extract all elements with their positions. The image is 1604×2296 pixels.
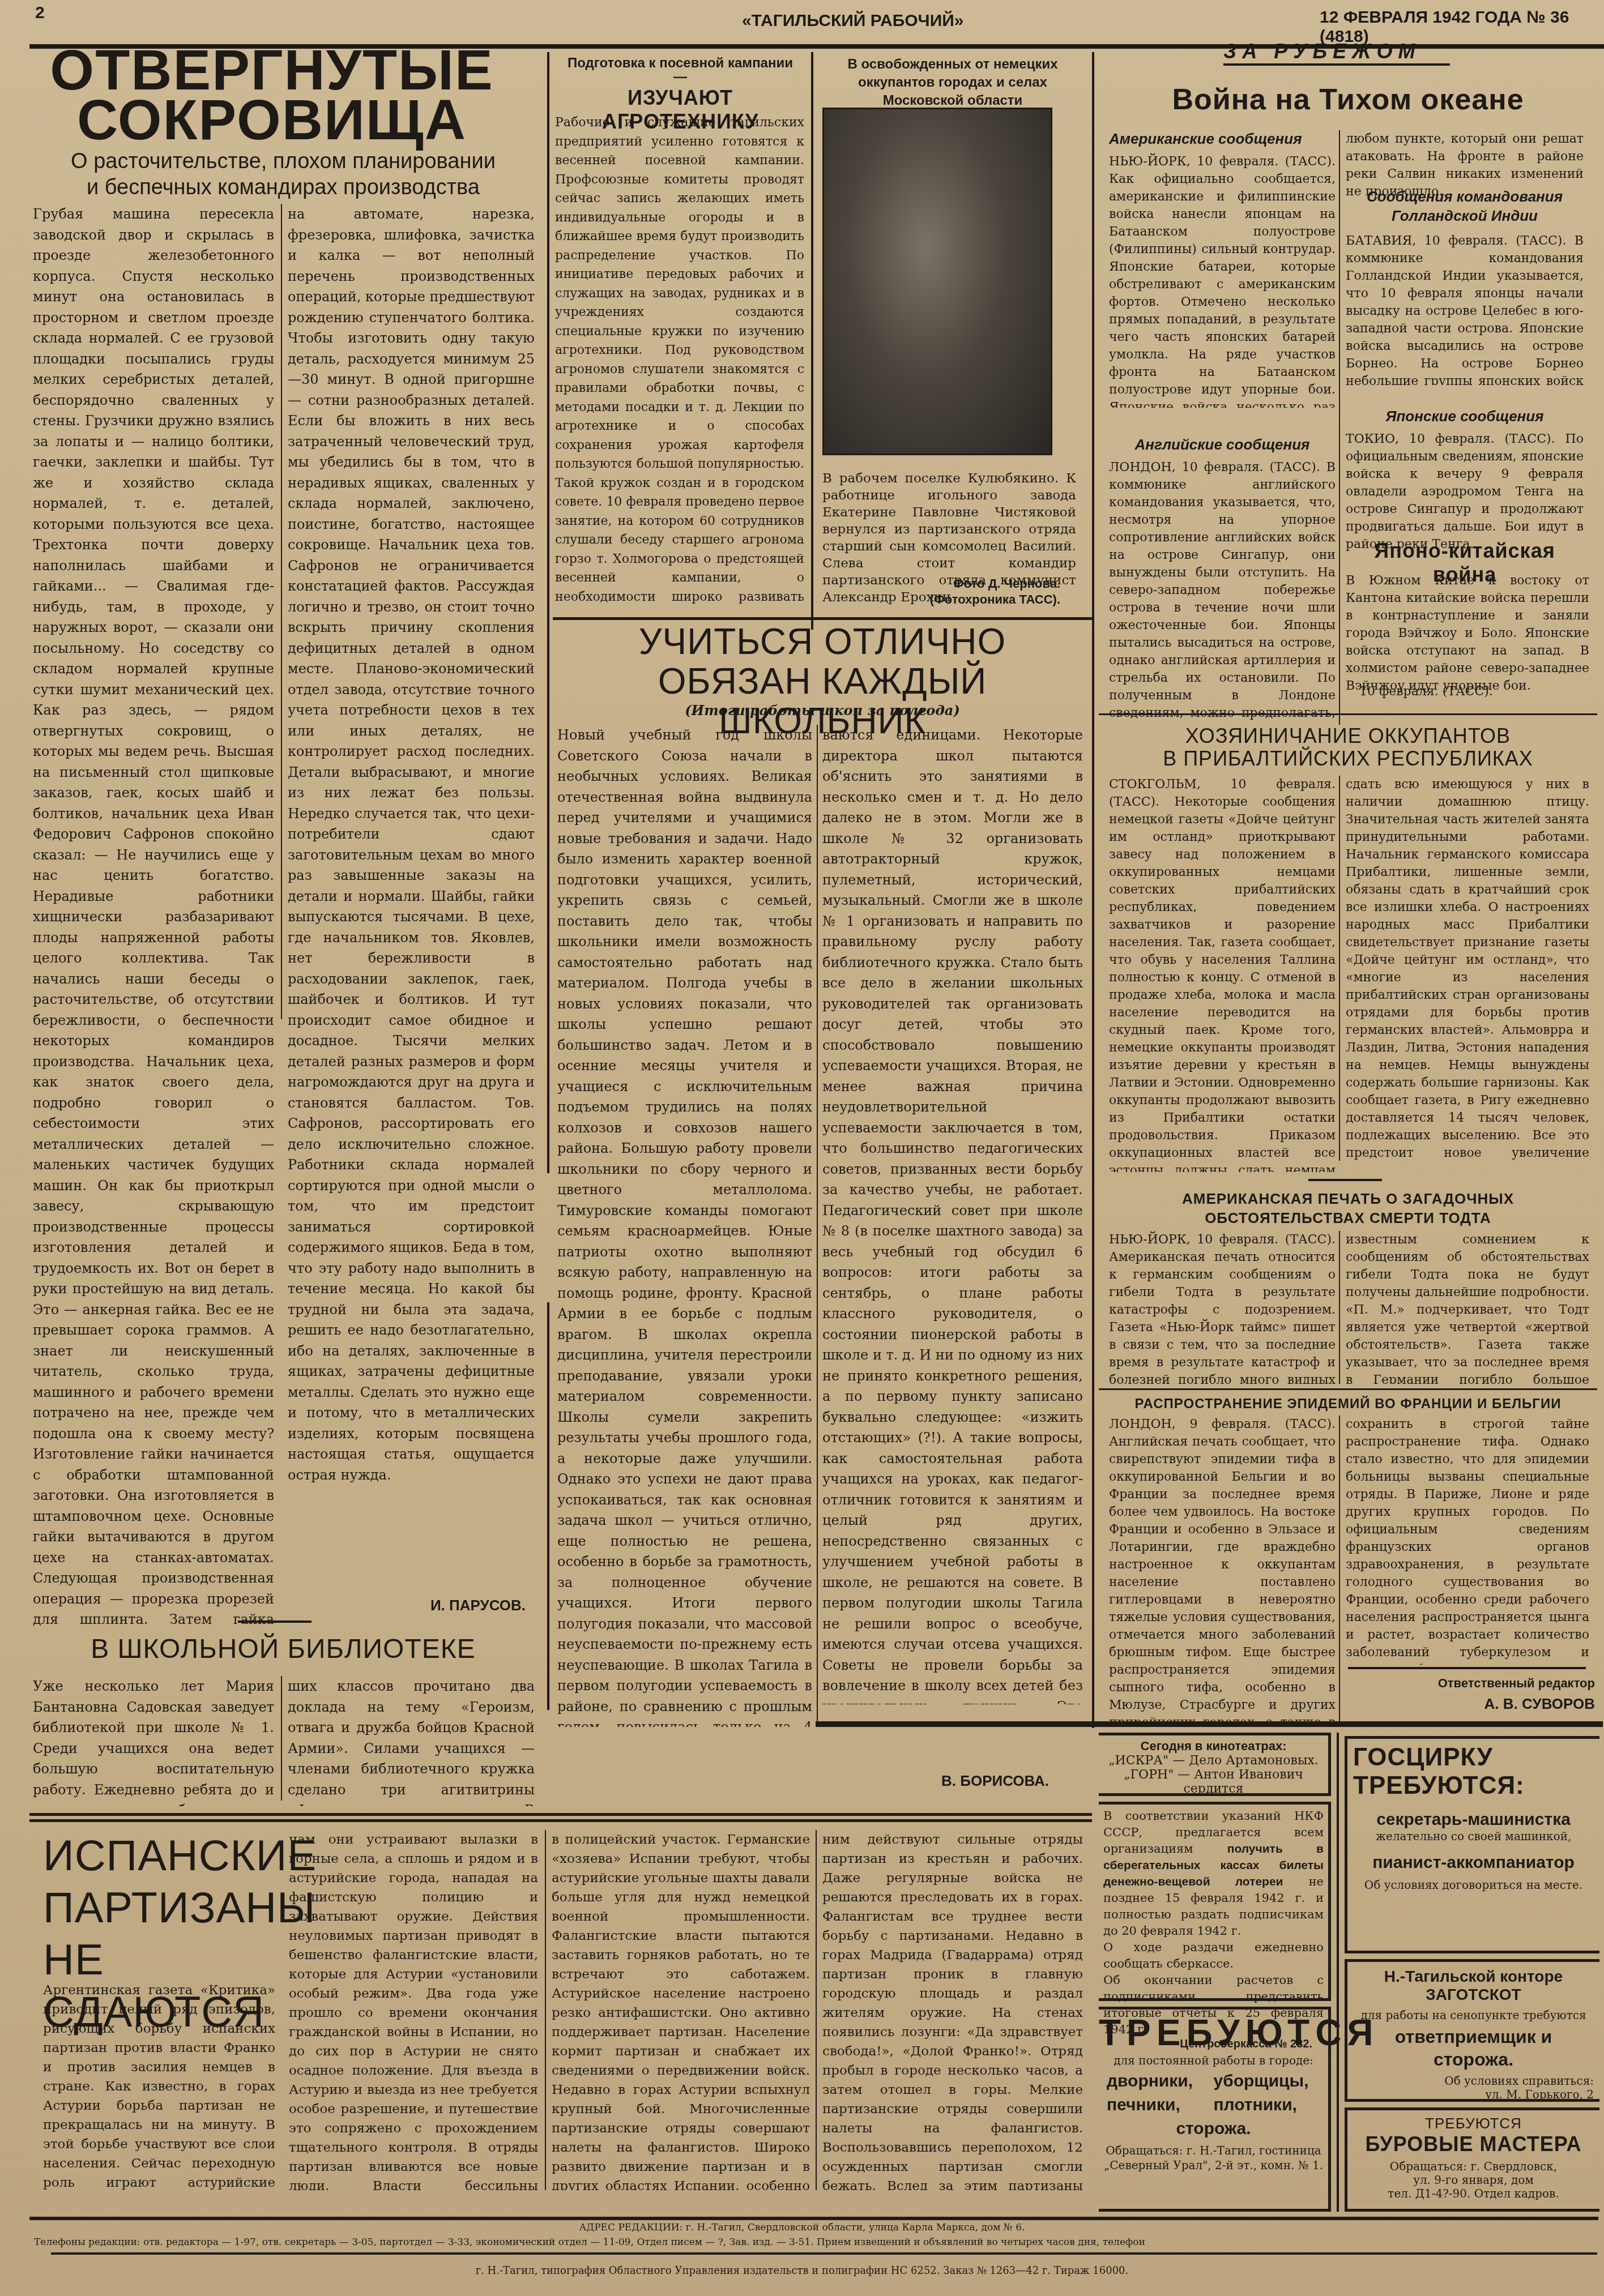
editor-label: Ответственный редактор xyxy=(1346,1676,1595,1691)
column-divider xyxy=(281,1676,282,1801)
zagotskot-note-2: ул. М. Горького, 2 xyxy=(1353,2088,1594,2101)
article-spain-col3: в полицейский участок. Германские «хозяе… xyxy=(552,1830,810,2190)
cinema-line-2: „ГОРН" — Антон Иванович сердится xyxy=(1099,1768,1328,1796)
job-item: уборщицы, xyxy=(1214,2070,1321,2093)
column-divider xyxy=(1339,1416,1340,1721)
english-text: ЛОНДОН, 10 февраля. (ТАСС). В коммюнике … xyxy=(1109,459,1336,725)
newspaper-name: «ТАГИЛЬСКИЙ РАБОЧИЙ» xyxy=(742,11,963,31)
ad-circus: ГОСЦИРКУ ТРЕБУЮТСЯ: секретарь-машинистка… xyxy=(1345,1736,1599,1953)
article-school-subtitle: (Итоги работы школ за полгода) xyxy=(553,702,1092,719)
dutch-heading: Сообщения командования Голландской Индии xyxy=(1346,187,1584,225)
agrotech-dash: — xyxy=(553,69,808,85)
agrotech-text: Рабочие и служащие тагильских предприяти… xyxy=(555,113,804,612)
article-baltic-col1: СТОКГОЛЬМ, 10 февраля. (ТАСС). Некоторые… xyxy=(1109,776,1336,1172)
separator xyxy=(1348,1667,1586,1669)
article-school-col2: ваются единицами. Некоторые директора шк… xyxy=(822,725,1083,1704)
ad-zagotskot: Н.-Тагильской конторе ЗАГОТСКОТ для рабо… xyxy=(1345,1959,1599,2102)
job-item: плотники, xyxy=(1214,2093,1321,2117)
article-baltic-col2: сдать всю имеющуюся у них в наличии дома… xyxy=(1346,776,1589,1161)
article-epidemic-title: РАСПРОСТРАНЕНИЕ ЭПИДЕМИЙ ВО ФРАНЦИИ И БЕ… xyxy=(1110,1396,1586,1412)
page-number: 2 xyxy=(35,3,45,23)
title-line-1: ОТВЕРГНУТЫЕ xyxy=(34,45,510,95)
article-library-col2: ших классов прочитано два доклада на тем… xyxy=(288,1676,535,1806)
news-photo xyxy=(822,108,1052,455)
circus-title-1: ГОСЦИРКУ xyxy=(1353,1743,1594,1772)
cinema-line-1: „ИСКРА" — Дело Артамоновых. xyxy=(1099,1754,1328,1768)
separator xyxy=(238,1621,312,1623)
article-epidemic-col2: сохранить в строгой тайне распространени… xyxy=(1346,1416,1589,1665)
article-epidemic-col1: ЛОНДОН, 9 февраля. (ТАСС). Английская пе… xyxy=(1109,1416,1336,1721)
job-item: печники, xyxy=(1107,2093,1214,2117)
section-rule xyxy=(29,1819,1092,1822)
title-line-2: ОБСТОЯТЕЛЬСТВАХ СМЕРТИ ТОДТА xyxy=(1110,1208,1586,1228)
article-library-col1: Уже несколько лет Мария Бантановна Садов… xyxy=(33,1676,274,1806)
city-jobs-list: дворники, уборщицы, печники, плотники, с… xyxy=(1099,2067,1328,2143)
column-divider xyxy=(1339,776,1340,1161)
circus-title-2: ТРЕБУЮТСЯ: xyxy=(1353,1772,1594,1800)
title-line-2: В ПРИБАЛТИЙСКИХ РЕСПУБЛИКАХ xyxy=(1110,747,1586,770)
article-school-title: УЧИТЬСЯ ОТЛИЧНО ОБЯЗАН КАЖДЫЙ ШКОЛЬНИК xyxy=(553,622,1092,741)
column-divider xyxy=(547,52,549,1173)
title-line-2: ПАРТИЗАНЫ xyxy=(43,1882,270,1934)
article-treasures-subtitle: О расточительстве, плохом планировании и… xyxy=(68,148,498,200)
section-rule xyxy=(553,617,1092,620)
japanese-text: ТОКИО, 10 февраля. (ТАСС). По официальны… xyxy=(1346,430,1584,553)
drillers-contact-3: тел. Д1-4?-90. Отдел кадров. xyxy=(1353,2187,1594,2200)
ad-drillers: ТРЕБУЮТСЯ БУРОВЫЕ МАСТЕРА Обращаться: г.… xyxy=(1345,2107,1599,2212)
china-war-signature: 10 февраля. (ТАСС). xyxy=(1359,683,1586,700)
section-rule xyxy=(29,1813,1092,1816)
circus-job-2: пианист-аккомпаниатор xyxy=(1353,1853,1594,1872)
article-baltic-title: ХОЗЯИНИЧАНИЕ ОККУПАНТОВ В ПРИБАЛТИЙСКИХ … xyxy=(1110,725,1586,770)
article-todt-col2: известным сомнением к сообщениям об обст… xyxy=(1346,1231,1589,1384)
column-divider xyxy=(816,1830,817,2190)
section-abroad-title: З А Р У Б Е Ж О М xyxy=(1223,40,1450,66)
japanese-heading: Японские сообщения xyxy=(1346,408,1584,425)
zagotskot-job: ответприемщик и сторожа. xyxy=(1353,2025,1594,2071)
section-rule xyxy=(1099,1388,1597,1390)
city-jobs-title: ТРЕБУЮТСЯ xyxy=(1099,2012,1328,2054)
ad-lottery: В соответствии указаний НКФ СССР, предла… xyxy=(1099,1802,1331,2001)
article-treasures-col1: Грубая машина пересекла заводской двор и… xyxy=(33,204,274,1636)
job-item: дворники, xyxy=(1107,2070,1214,2093)
column-divider xyxy=(1339,1231,1340,1384)
zagotskot-title: Н.-Тагильской конторе ЗАГОТСКОТ xyxy=(1353,1968,1594,2004)
drillers-kicker: ТРЕБУЮТСЯ xyxy=(1353,2115,1594,2132)
circus-job-1-note: желательно со своей машинкой, xyxy=(1353,1829,1594,1843)
article-school-col1: Новый учебный год школы Советского Союза… xyxy=(557,725,812,1727)
job-item: сторожа. xyxy=(1107,2117,1320,2141)
title-line-1: ИСПАНСКИЕ xyxy=(43,1830,270,1882)
column-divider xyxy=(281,204,282,1019)
article-spain-col1: Аргентинская газета «Критика» приводит ц… xyxy=(43,1981,275,2190)
footer-address: АДРЕС РЕДАКЦИИ: г. Н.-Тагил, Свердловско… xyxy=(0,2222,1604,2233)
ad-city-jobs: ТРЕБУЮТСЯ для постоянной работы в городе… xyxy=(1099,2007,1331,2212)
lottery-text-2: О ходе раздачи ежедневно сообщать сберка… xyxy=(1103,1939,1324,1972)
ads-divider xyxy=(1337,1733,1339,2212)
column-divider xyxy=(1092,52,1094,1728)
footer-rule xyxy=(51,2252,1597,2255)
lottery-text: В соответствии указаний НКФ СССР, предла… xyxy=(1103,1808,1324,1939)
photo-kicker: В освобожденных от немецких оккупантов г… xyxy=(822,55,1083,110)
article-library-title: В ШКОЛЬНОЙ БИБЛИОТЕКЕ xyxy=(34,1634,532,1665)
title-line-1: УЧИТЬСЯ ОТЛИЧНО xyxy=(553,622,1092,661)
section-rule xyxy=(1099,713,1597,715)
separator xyxy=(1308,1179,1382,1181)
city-jobs-subtitle: для постоянной работы в городе: xyxy=(1099,2054,1328,2067)
article-school-author: В. БОРИСОВА. xyxy=(822,1772,1049,1790)
zagotskot-note-1: Об условиях справиться: xyxy=(1353,2074,1594,2088)
zagotskot-subtitle: для работы на сенопункте требуются xyxy=(1353,2008,1594,2022)
title-line-1: АМЕРИКАНСКАЯ ПЕЧАТЬ О ЗАГАДОЧНЫХ xyxy=(1110,1189,1586,1208)
editor-name: А. В. СУВОРОВ xyxy=(1346,1695,1595,1713)
article-treasures-author: И. ПАРУСОВ. xyxy=(288,1597,526,1614)
circus-note: Об условиях договориться на месте. xyxy=(1353,1878,1594,1892)
abroad-headline: Война на Тихом океане xyxy=(1110,83,1586,117)
article-treasures-col2: на автомате, нарезка, фрезеровка, шлифов… xyxy=(288,204,535,1500)
article-treasures-title: ОТВЕРГНУТЫЕ СОКРОВИЩА xyxy=(34,45,510,145)
drillers-contact-2: ул. 9-го января, дом xyxy=(1353,2173,1594,2187)
column-divider xyxy=(817,725,818,1721)
article-todt-title: АМЕРИКАНСКАЯ ПЕЧАТЬ О ЗАГАДОЧНЫХ ОБСТОЯТ… xyxy=(1110,1189,1586,1228)
column-divider xyxy=(1339,130,1340,725)
column-divider xyxy=(811,52,813,630)
photo-credit-1: Фото Д. Чернова. xyxy=(822,576,1060,591)
dutch-text: БАТАВИЯ, 10 февраля. (ТАСС). В коммюнике… xyxy=(1346,232,1584,385)
cinema-title: Сегодня в кинотеатрах: xyxy=(1099,1739,1328,1754)
title-line-2: СОКРОВИЩА xyxy=(34,95,510,145)
footer-rule xyxy=(29,2217,1598,2220)
drillers-contact-1: Обращаться: г. Свердловск, xyxy=(1353,2160,1594,2173)
drillers-title: БУРОВЫЕ МАСТЕРА xyxy=(1353,2132,1594,2156)
circus-job-1: секретарь-машинистка xyxy=(1353,1810,1594,1829)
footer-printer: г. Н.-Тагил, типография Областного Управ… xyxy=(0,2265,1604,2277)
english-heading: Английские сообщения xyxy=(1109,436,1336,454)
article-spain-col4: ним действуют сильные отряды партизан из… xyxy=(822,1830,1083,2190)
photo-credit-2: (Фотохроника ТАСС). xyxy=(822,592,1060,607)
american-heading: Американские сообщения xyxy=(1109,130,1336,148)
article-spain-col2: чам они устраивают вылазки в горные села… xyxy=(289,1830,538,2190)
city-jobs-contact: Обращаться: г. Н.-Тагил, гостиница „Севе… xyxy=(1099,2143,1328,2173)
footer-phones: Телефоны редакции: отв. редактора — 1-97… xyxy=(34,2237,1597,2248)
title-line-1: ХОЗЯИНИЧАНИЕ ОККУПАНТОВ xyxy=(1110,725,1586,747)
china-war-text: В Южном Китае к востоку от Кантона китай… xyxy=(1346,572,1589,695)
ad-cinema: Сегодня в кинотеатрах: „ИСКРА" — Дело Ар… xyxy=(1099,1733,1331,1796)
article-todt-col1: НЬЮ-ЙОРК, 10 февраля. (ТАСС). Американск… xyxy=(1109,1231,1336,1384)
american-text: НЬЮ-ЙОРК, 10 февраля. (ТАСС). Как официа… xyxy=(1109,153,1336,408)
ads-top-rule xyxy=(816,1721,1603,1727)
column-divider xyxy=(547,1302,549,1710)
column-divider xyxy=(545,1830,546,2190)
